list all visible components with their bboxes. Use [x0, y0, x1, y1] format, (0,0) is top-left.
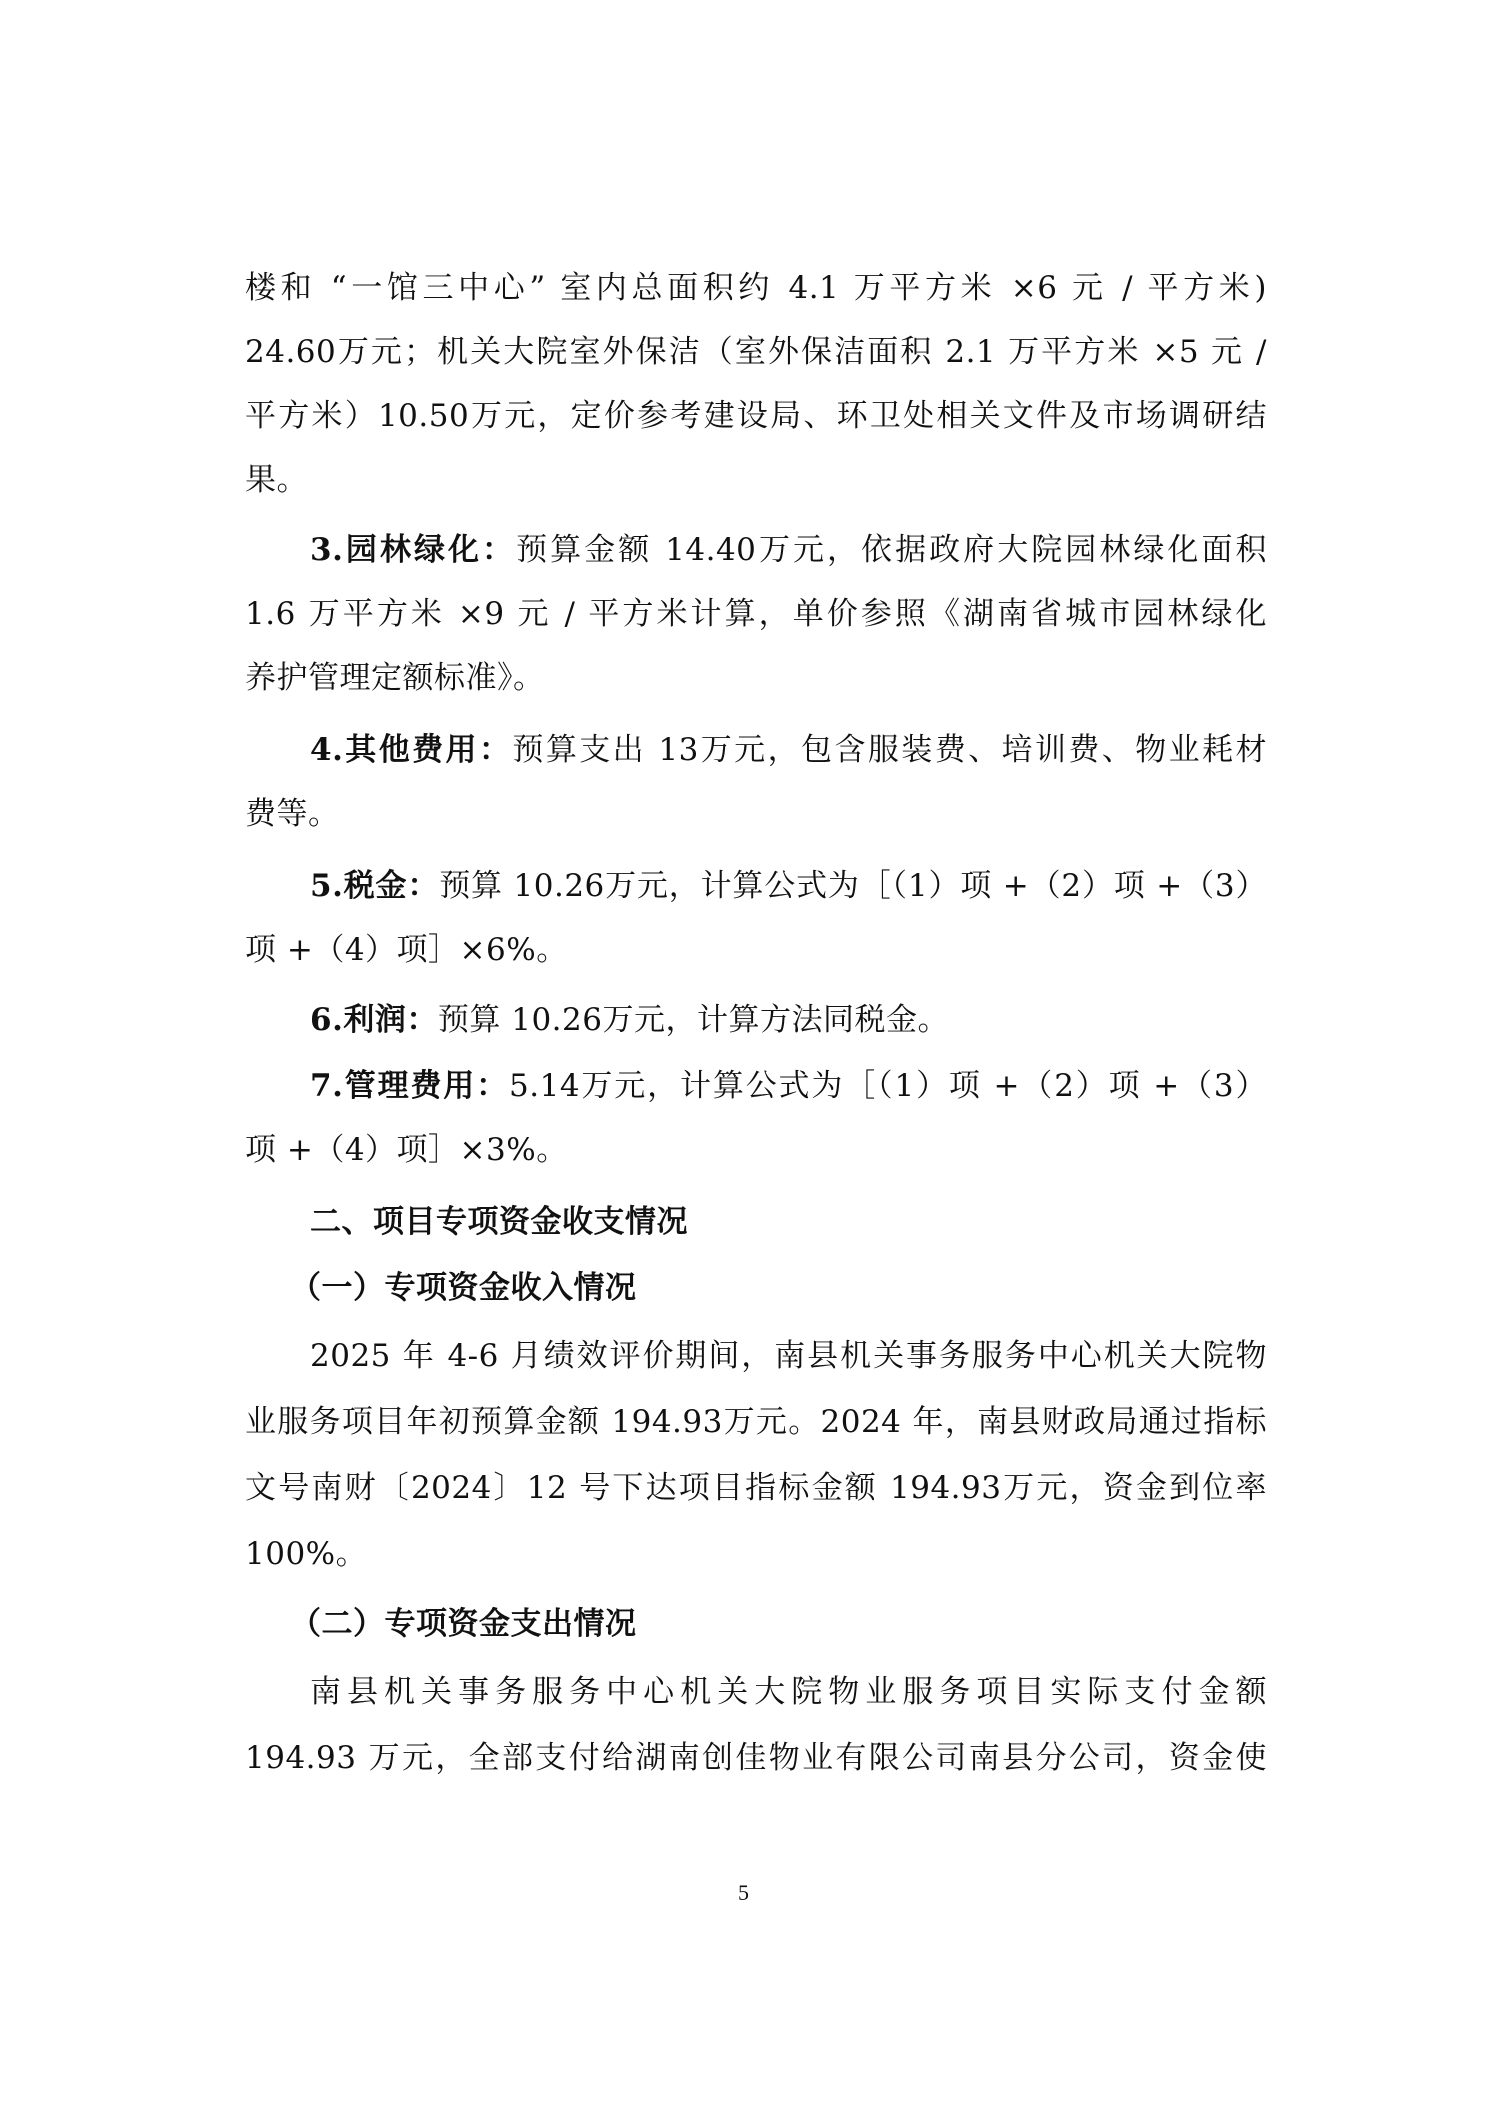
list-item-other-fees: 4.其他费用：预算支出 13万元，包含服装费、培训费、物业耗材 — [310, 730, 1267, 770]
list-item-tax: 5.税金：预算 10.26万元，计算公式为［（1）项 +（2）项 +（3） — [310, 866, 1267, 906]
item-label: 5.税金： — [310, 868, 439, 904]
body-line: 养护管理定额标准》。 — [245, 658, 1267, 698]
list-item-management-fee: 7.管理费用：5.14万元，计算公式为［（1）项 +（2）项 +（3） — [310, 1066, 1267, 1106]
body-line: 果。 — [245, 460, 1267, 500]
body-line: 194.93 万元，全部支付给湖南创佳物业有限公司南县分公司，资金使 — [245, 1738, 1267, 1778]
body-line: 24.60万元；机关大院室外保洁（室外保洁面积 2.1 万平方米 ×5 元 / — [245, 332, 1267, 372]
item-label: 7.管理费用： — [310, 1068, 509, 1104]
document-page: 楼和 “一馆三中心” 室内总面积约 4.1 万平方米 ×6 元 / 平方米) 2… — [0, 0, 1487, 2105]
body-line: 文号南财〔2024〕12 号下达项目指标金额 194.93万元，资金到位率 — [245, 1468, 1267, 1508]
body-line: 100%。 — [245, 1534, 1267, 1574]
item-label: 6.利润： — [310, 1002, 438, 1038]
body-line: 项 +（4）项］×6%。 — [245, 930, 1267, 970]
list-item-profit: 6.利润：预算 10.26万元，计算方法同税金。 — [310, 1000, 1267, 1040]
item-text: 预算支出 13万元，包含服装费、培训费、物业耗材 — [512, 732, 1267, 768]
subsection-heading-expenditure: （二）专项资金支出情况 — [290, 1604, 1312, 1644]
item-text: 预算金额 14.40万元，依据政府大院园林绿化面积 — [516, 532, 1267, 568]
body-line: 楼和 “一馆三中心” 室内总面积约 4.1 万平方米 ×6 元 / 平方米) — [245, 268, 1267, 308]
body-line: 费等。 — [245, 794, 1267, 834]
page-number: 5 — [0, 1880, 1487, 1906]
body-line: 1.6 万平方米 ×9 元 / 平方米计算，单价参照《湖南省城市园林绿化 — [245, 594, 1267, 634]
body-line: 2025 年 4-6 月绩效评价期间，南县机关事务服务中心机关大院物 — [310, 1336, 1267, 1376]
body-line: 业服务项目年初预算金额 194.93万元。2024 年，南县财政局通过指标 — [245, 1402, 1267, 1442]
body-line: 项 +（4）项］×3%。 — [245, 1130, 1267, 1170]
item-text: 预算 10.26万元，计算方法同税金。 — [438, 1002, 949, 1038]
item-text: 预算 10.26万元，计算公式为［（1）项 +（2）项 +（3） — [439, 868, 1267, 904]
body-line: 平方米）10.50万元，定价参考建设局、环卫处相关文件及市场调研结 — [245, 396, 1267, 436]
subsection-heading-income: （一）专项资金收入情况 — [290, 1268, 1312, 1308]
section-heading: 二、项目专项资金收支情况 — [310, 1202, 1267, 1242]
item-label: 4.其他费用： — [310, 732, 512, 768]
item-label: 3.园林绿化： — [310, 532, 516, 568]
body-line: 南县机关事务服务中心机关大院物业服务项目实际支付金额 — [310, 1672, 1267, 1712]
item-text: 5.14万元，计算公式为［（1）项 +（2）项 +（3） — [509, 1068, 1267, 1104]
list-item-landscaping: 3.园林绿化：预算金额 14.40万元，依据政府大院园林绿化面积 — [310, 530, 1267, 570]
